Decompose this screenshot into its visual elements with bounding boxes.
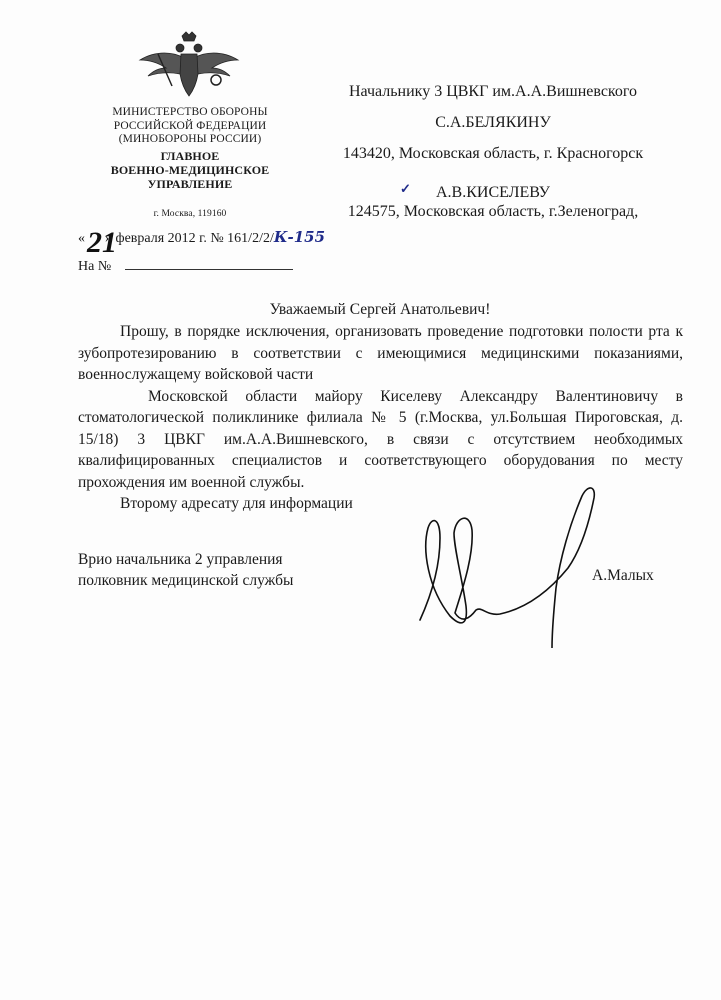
department-line-2: ВОЕННО-МЕДИЦИНСКОЕ: [80, 163, 300, 177]
handwritten-date-day: 21: [87, 226, 117, 260]
signatory-position: Врио начальника 2 управления полковник м…: [78, 549, 293, 591]
department-line-3: УПРАВЛЕНИЕ: [80, 177, 300, 191]
handwritten-reference-number: К-155: [274, 228, 325, 246]
date-and-outgoing-number: » февраля 2012 г. № 161/2/2/: [105, 231, 274, 246]
department-line-1: ГЛАВНОЕ: [80, 149, 300, 163]
date-and-number-line: «21» февраля 2012 г. № 161/2/2/К-155: [78, 228, 325, 247]
department-name: ГЛАВНОЕ ВОЕННО-МЕДИЦИНСКОЕ УПРАВЛЕНИЕ: [80, 149, 300, 191]
recipient-1-address: 143420, Московская область, г. Красногор…: [318, 145, 668, 163]
ministry-line-1: МИНИСТЕРСТВО ОБОРОНЫ: [80, 106, 300, 120]
double-headed-eagle-emblem-icon: [136, 30, 242, 110]
signatory-position-line-2: полковник медицинской службы: [78, 570, 293, 591]
reply-to-line: На №: [78, 256, 293, 275]
recipient-1-name: С.А.БЕЛЯКИНУ: [318, 114, 668, 132]
signature-icon: [410, 478, 600, 648]
sender-city: г. Москва, 119160: [80, 208, 300, 222]
signatory-position-line-1: Врио начальника 2 управления: [78, 549, 293, 570]
reply-to-label: На №: [78, 259, 111, 274]
recipient-2-address: 124575, Московская область, г.Зеленоград…: [318, 203, 668, 221]
ministry-line-3: (МИНОБОРОНЫ РОССИИ): [80, 133, 300, 147]
body-paragraph-1: Прошу, в порядке исключения, организоват…: [78, 321, 683, 386]
body-paragraph-2: Московской области майору Киселеву Алекс…: [78, 386, 683, 494]
recipient-1-position: Начальнику 3 ЦВКГ им.А.А.Вишневского: [318, 83, 668, 101]
reply-to-blank-field: [125, 256, 293, 270]
recipient-2-name: А.В.КИСЕЛЕВУ: [318, 184, 668, 202]
salutation: Уважаемый Сергей Анатольевич!: [60, 301, 700, 319]
ministry-line-2: РОССИЙСКОЙ ФЕДЕРАЦИИ: [80, 120, 300, 134]
signatory-name: А.Малых: [592, 567, 654, 585]
ministry-name: МИНИСТЕРСТВО ОБОРОНЫ РОССИЙСКОЙ ФЕДЕРАЦИ…: [80, 106, 300, 147]
date-open-quote: «: [78, 231, 85, 246]
